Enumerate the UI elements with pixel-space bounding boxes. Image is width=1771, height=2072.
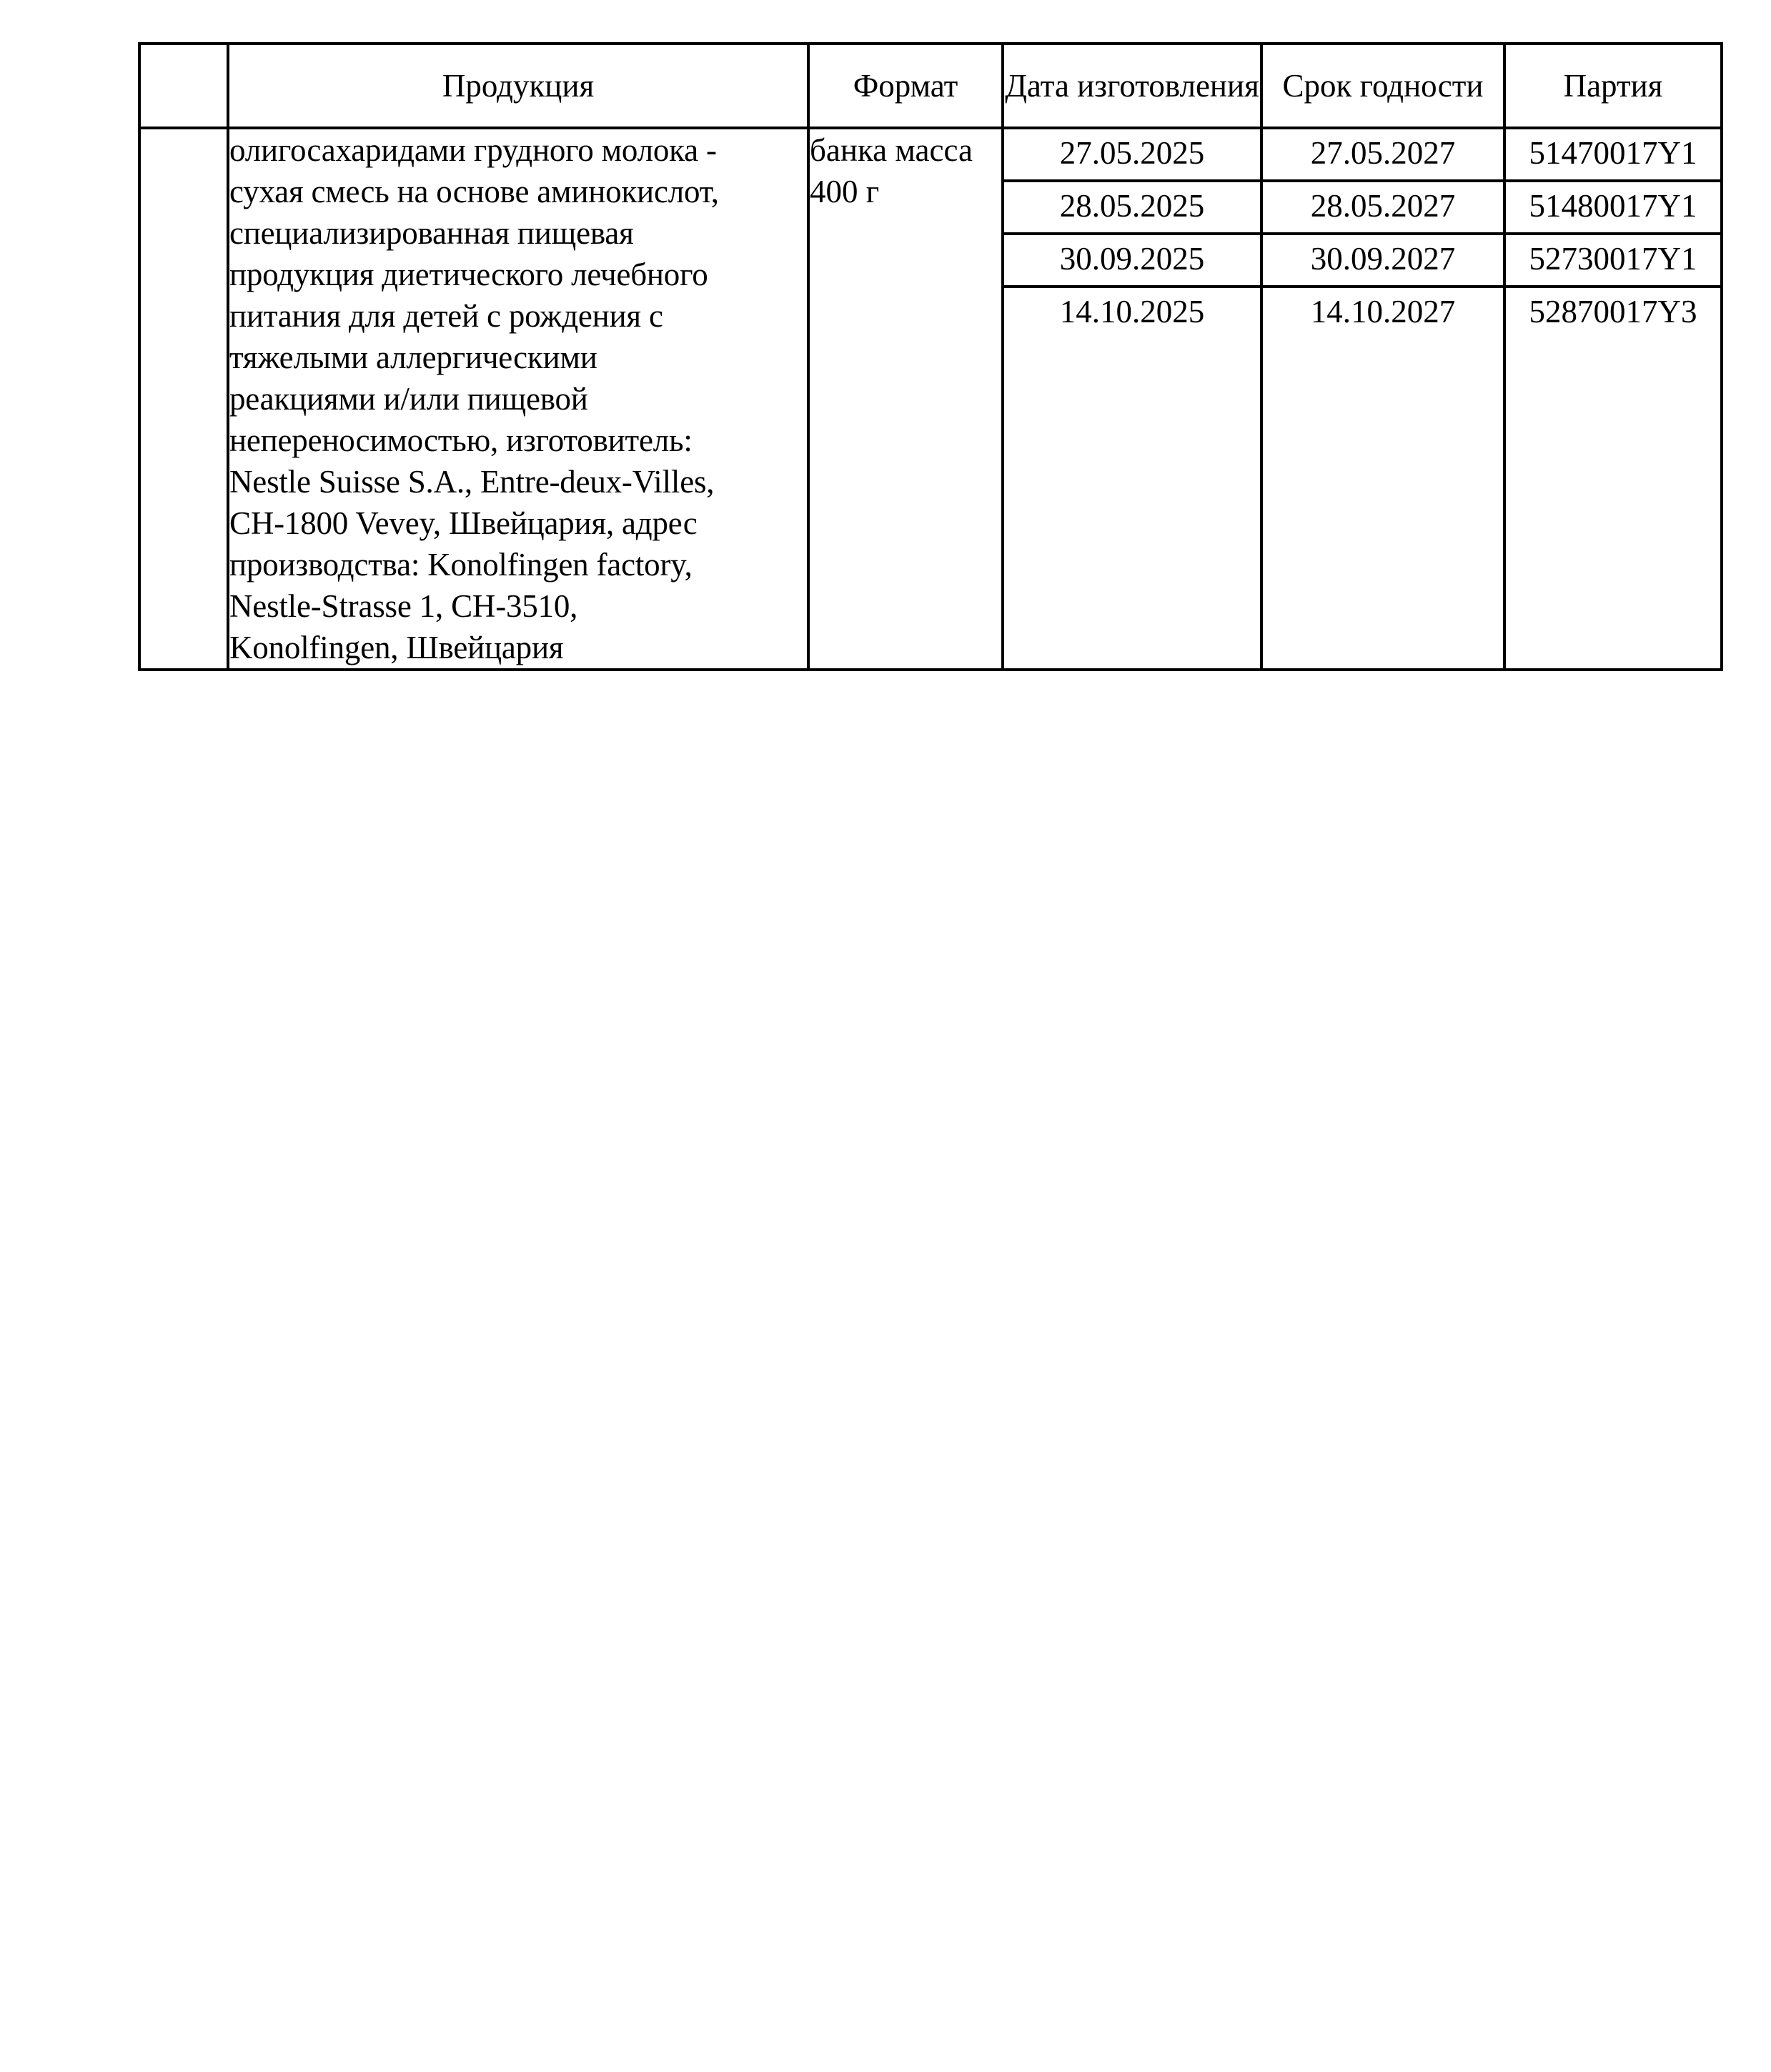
header-product: Продукция [228, 44, 808, 128]
lot-cell: 52730017Y1 [1504, 234, 1722, 287]
manufacture-date-cell: 27.05.2025 [1003, 128, 1261, 181]
header-expiry-date: Срок годности [1261, 44, 1504, 128]
format-cell: банка масса 400 г [808, 128, 1003, 670]
header-format: Формат [808, 44, 1003, 128]
header-lot: Партия [1504, 44, 1722, 128]
expiry-date-cell: 30.09.2027 [1261, 234, 1504, 287]
lot-cell: 51480017Y1 [1504, 181, 1722, 234]
manufacture-date-cell: 30.09.2025 [1003, 234, 1261, 287]
expiry-date-cell: 14.10.2027 [1261, 287, 1504, 670]
lot-cell: 51470017Y1 [1504, 128, 1722, 181]
header-manufacture-date: Дата изготовления [1003, 44, 1261, 128]
manufacture-date-cell: 28.05.2025 [1003, 181, 1261, 234]
product-description: олигосахаридами грудного молока - сухая … [229, 129, 807, 668]
table-header-row: Продукция Формат Дата изготовления Срок … [139, 44, 1722, 128]
table-row: олигосахаридами грудного молока - сухая … [139, 128, 1722, 181]
lot-cell: 52870017Y3 [1504, 287, 1722, 670]
expiry-date-cell: 28.05.2027 [1261, 181, 1504, 234]
expiry-date-cell: 27.05.2027 [1261, 128, 1504, 181]
document-page: Продукция Формат Дата изготовления Срок … [0, 0, 1771, 2072]
header-number [139, 44, 228, 128]
product-batch-table: Продукция Формат Дата изготовления Срок … [138, 42, 1723, 671]
row-number-cell [139, 128, 228, 670]
manufacture-date-cell: 14.10.2025 [1003, 287, 1261, 670]
product-description-cell: олигосахаридами грудного молока - сухая … [228, 128, 808, 670]
